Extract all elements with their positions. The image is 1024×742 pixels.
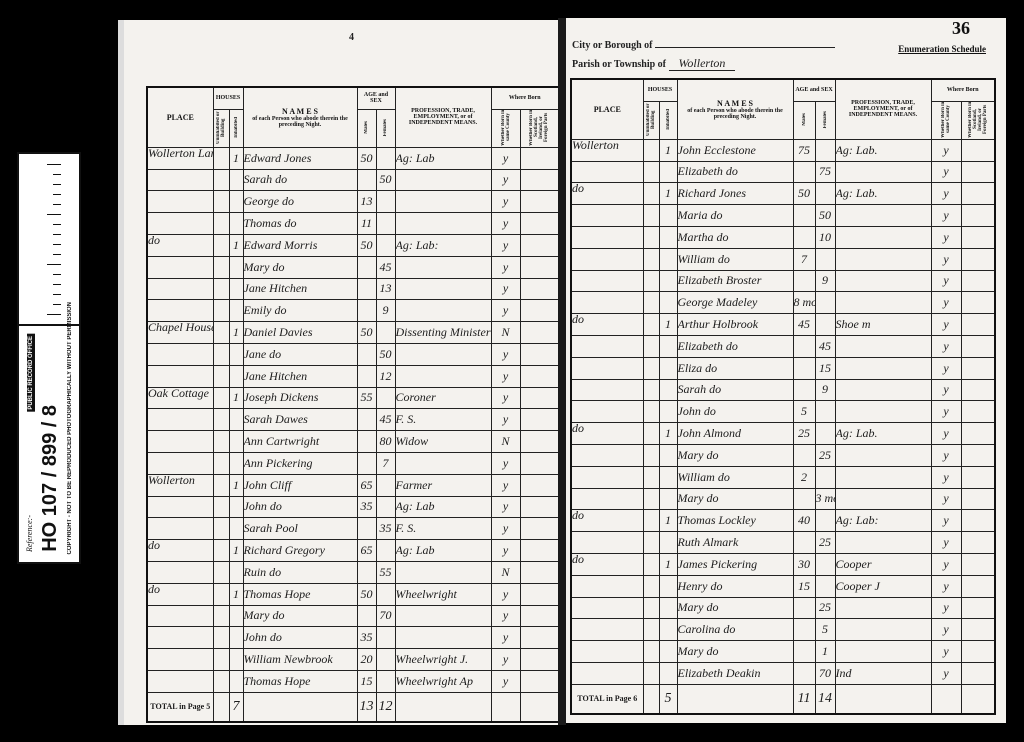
uninhabited-cell — [213, 387, 229, 409]
profession-cell — [395, 452, 491, 474]
person-name: Sarah Dawes — [243, 409, 357, 431]
female-age: 3 months — [815, 488, 835, 510]
profession-cell: Wheelwright — [395, 583, 491, 605]
uninhabited-cell — [213, 234, 229, 256]
male-age: 45 — [793, 314, 815, 336]
female-age: 75 — [815, 161, 835, 183]
born-elsewhere-cell — [961, 205, 995, 227]
header-age-sex: AGE and SEX — [357, 87, 395, 109]
uninhabited-cell — [643, 597, 659, 619]
uninhabited-cell — [213, 409, 229, 431]
inhabited-cell — [659, 205, 677, 227]
census-table-left: PLACE HOUSES N A M E Sof each Person who… — [146, 86, 560, 723]
census-row: do1James Pickering30Coopery — [571, 553, 995, 575]
place-cell — [147, 670, 213, 692]
uninhabited-cell — [643, 379, 659, 401]
census-row: Wollerton1John Ecclestone75Ag: Lab.y — [571, 139, 995, 161]
enumeration-schedule-label: Enumeration Schedule — [898, 44, 986, 54]
born-same-county-cell: y — [931, 270, 961, 292]
ruler-tick — [53, 194, 61, 195]
header-where-born: Where Born — [491, 87, 559, 109]
place-cell — [571, 641, 643, 663]
uninhabited-cell — [213, 213, 229, 235]
place-cell: do — [571, 183, 643, 205]
person-name: Mary do — [677, 641, 793, 663]
profession-cell — [395, 256, 491, 278]
parish-value: Wollerton — [669, 56, 736, 71]
inhabited-cell — [659, 662, 677, 684]
profession-cell — [835, 532, 931, 554]
place-cell — [147, 627, 213, 649]
born-same-county-cell: y — [931, 575, 961, 597]
census-row: Sarah Dawes45F. S.y — [147, 409, 559, 431]
female-age — [376, 387, 395, 409]
person-name: Ruin do — [243, 561, 357, 583]
uninhabited-cell — [643, 553, 659, 575]
header-age-sex: AGE and SEX — [793, 79, 835, 101]
archive-reference-number: HO 107 / 899 / 8 — [39, 405, 62, 552]
born-elsewhere-cell — [961, 335, 995, 357]
born-same-county-cell: y — [491, 452, 520, 474]
male-age — [357, 365, 376, 387]
profession-cell — [835, 619, 931, 641]
total-inhabited: 5 — [659, 684, 677, 714]
profession-cell — [835, 205, 931, 227]
person-name: John Cliff — [243, 474, 357, 496]
ruler-tick — [53, 254, 61, 255]
place-cell: Wollerton — [571, 139, 643, 161]
ruler-tick — [53, 184, 61, 185]
place-cell — [147, 365, 213, 387]
inhabited-cell — [229, 431, 243, 453]
person-name: Mary do — [243, 256, 357, 278]
place-cell: do — [147, 583, 213, 605]
ruler-tick — [53, 294, 61, 295]
person-name: William do — [677, 466, 793, 488]
city-borough-value — [655, 47, 835, 48]
male-age: 40 — [793, 510, 815, 532]
female-age — [376, 147, 395, 169]
female-age: 45 — [815, 335, 835, 357]
uninhabited-cell — [643, 662, 659, 684]
female-age — [376, 496, 395, 518]
uninhabited-cell — [213, 540, 229, 562]
profession-cell — [835, 488, 931, 510]
profession-cell: Ag: Lab. — [835, 139, 931, 161]
profession-cell: Ag: Lab: — [395, 234, 491, 256]
place-cell — [571, 357, 643, 379]
census-row: William do2y — [571, 466, 995, 488]
place-cell — [147, 300, 213, 322]
census-row: Jane do50y — [147, 343, 559, 365]
header-names: N A M E Sof each Person who abode therei… — [677, 79, 793, 139]
born-same-county-cell: y — [491, 670, 520, 692]
profession-cell: Ag: Lab — [395, 496, 491, 518]
person-name: Ann Pickering — [243, 452, 357, 474]
inhabited-cell — [229, 343, 243, 365]
census-row: Mary do25y — [571, 597, 995, 619]
female-age — [376, 540, 395, 562]
header-profession: PROFESSION, TRADE, EMPLOYMENT, or of IND… — [395, 87, 491, 147]
inhabited-cell — [659, 335, 677, 357]
census-row: Chapel House Wollerton1Daniel Davies50Di… — [147, 322, 559, 344]
total-males: 13 — [357, 692, 376, 722]
inhabited-cell — [659, 401, 677, 423]
male-age: 30 — [793, 553, 815, 575]
female-age — [376, 213, 395, 235]
born-same-county-cell: y — [931, 423, 961, 445]
place-cell — [571, 532, 643, 554]
profession-cell: Shoe m — [835, 314, 931, 336]
inhabited-cell — [659, 292, 677, 314]
born-elsewhere-cell — [520, 452, 559, 474]
ruler-tick — [53, 274, 61, 275]
uninhabited-cell — [643, 619, 659, 641]
female-age: 12 — [376, 365, 395, 387]
male-age — [793, 532, 815, 554]
person-name: John Almond — [677, 423, 793, 445]
male-age — [793, 335, 815, 357]
inhabited-cell — [229, 278, 243, 300]
uninhabited-cell — [213, 627, 229, 649]
place-cell — [147, 496, 213, 518]
profession-cell — [395, 343, 491, 365]
profession-cell — [835, 401, 931, 423]
place-cell: do — [571, 510, 643, 532]
person-name: Arthur Holbrook — [677, 314, 793, 336]
profession-cell: Ag: Lab. — [835, 183, 931, 205]
person-name: Edward Morris — [243, 234, 357, 256]
uninhabited-cell — [213, 365, 229, 387]
place-cell: Oak Cottage Wollerton — [147, 387, 213, 409]
born-same-county-cell: y — [931, 532, 961, 554]
person-name: Thomas Hope — [243, 583, 357, 605]
census-row: Sarah do9y — [571, 379, 995, 401]
total-row-right: TOTAL in Page 6 5 11 14 — [571, 684, 995, 714]
male-age — [793, 226, 815, 248]
born-elsewhere-cell — [520, 474, 559, 496]
born-elsewhere-cell — [961, 575, 995, 597]
born-same-county-cell: y — [491, 518, 520, 540]
total-label: TOTAL in Page 5 — [147, 692, 213, 722]
born-elsewhere-cell — [961, 270, 995, 292]
uninhabited-cell — [213, 322, 229, 344]
born-elsewhere-cell — [961, 379, 995, 401]
uninhabited-cell — [213, 343, 229, 365]
male-age — [793, 662, 815, 684]
born-elsewhere-cell — [961, 597, 995, 619]
uninhabited-cell — [643, 532, 659, 554]
born-elsewhere-cell — [520, 431, 559, 453]
place-cell — [571, 161, 643, 183]
male-age — [357, 300, 376, 322]
ruler-tick — [47, 214, 61, 215]
header-place: PLACE — [147, 87, 213, 147]
census-rows-right: Wollerton1John Ecclestone75Ag: Lab.yEliz… — [571, 139, 995, 684]
census-row: George Madeley8 monthsy — [571, 292, 995, 314]
born-elsewhere-cell — [961, 314, 995, 336]
inhabited-cell — [659, 357, 677, 379]
person-name: Elizabeth do — [677, 161, 793, 183]
uninhabited-cell — [643, 641, 659, 663]
person-name: Elizabeth do — [677, 335, 793, 357]
total-females: 14 — [815, 684, 835, 714]
ruler-tick — [47, 264, 61, 265]
inhabited-cell — [229, 518, 243, 540]
person-name: Ruth Almark — [677, 532, 793, 554]
born-same-county-cell: y — [491, 583, 520, 605]
born-elsewhere-cell — [520, 234, 559, 256]
born-elsewhere-cell — [961, 444, 995, 466]
place-cell — [571, 575, 643, 597]
total-inhabited: 7 — [229, 692, 243, 722]
uninhabited-cell — [643, 161, 659, 183]
born-same-county-cell: N — [491, 322, 520, 344]
place-cell: do — [571, 553, 643, 575]
uninhabited-cell — [213, 169, 229, 191]
place-cell — [147, 518, 213, 540]
profession-cell: Cooper — [835, 553, 931, 575]
born-same-county-cell: y — [931, 662, 961, 684]
uninhabited-cell — [213, 670, 229, 692]
male-age — [793, 161, 815, 183]
reference-label: Reference:- — [25, 515, 34, 552]
male-age: 35 — [357, 496, 376, 518]
born-same-county-cell: y — [491, 496, 520, 518]
female-age — [815, 314, 835, 336]
census-row: Sarah do50y — [147, 169, 559, 191]
born-elsewhere-cell — [520, 213, 559, 235]
male-age: 2 — [793, 466, 815, 488]
female-age — [376, 583, 395, 605]
born-same-county-cell: y — [931, 183, 961, 205]
uninhabited-cell — [643, 575, 659, 597]
inhabited-cell: 1 — [229, 540, 243, 562]
census-row: John do35y — [147, 627, 559, 649]
header-females: Females — [383, 119, 388, 137]
born-elsewhere-cell — [961, 248, 995, 270]
uninhabited-cell — [643, 510, 659, 532]
born-same-county-cell: y — [931, 466, 961, 488]
female-age — [815, 139, 835, 161]
header-males: Males — [364, 121, 369, 134]
female-age — [376, 191, 395, 213]
uninhabited-cell — [213, 605, 229, 627]
female-age: 9 — [376, 300, 395, 322]
female-age — [815, 183, 835, 205]
census-row: do1Edward Morris50Ag: Lab:y — [147, 234, 559, 256]
born-elsewhere-cell — [520, 496, 559, 518]
female-age: 25 — [815, 444, 835, 466]
header-place: PLACE — [571, 79, 643, 139]
profession-cell — [395, 169, 491, 191]
census-rows-left: Wollerton Lane1Edward Jones50Ag: LabySar… — [147, 147, 559, 692]
female-age: 25 — [815, 532, 835, 554]
male-age: 11 — [357, 213, 376, 235]
place-cell — [571, 597, 643, 619]
header-uninhabited: Uninhabited or Building — [646, 101, 656, 138]
census-row: Ruin do55N — [147, 561, 559, 583]
place-cell — [147, 278, 213, 300]
born-same-county-cell: y — [491, 605, 520, 627]
person-name: Ann Cartwright — [243, 431, 357, 453]
ruler-tick — [53, 204, 61, 205]
profession-cell: F. S. — [395, 409, 491, 431]
born-same-county-cell: y — [931, 357, 961, 379]
born-same-county-cell: y — [491, 343, 520, 365]
inhabited-cell — [229, 409, 243, 431]
person-name: James Pickering — [677, 553, 793, 575]
profession-cell — [395, 561, 491, 583]
born-same-county-cell: N — [491, 431, 520, 453]
uninhabited-cell — [213, 300, 229, 322]
born-same-county-cell: y — [491, 278, 520, 300]
profession-cell: Cooper J — [835, 575, 931, 597]
born-elsewhere-cell — [961, 226, 995, 248]
census-row: Mary do25y — [571, 444, 995, 466]
person-name: Sarah do — [677, 379, 793, 401]
uninhabited-cell — [643, 423, 659, 445]
person-name: Mary do — [243, 605, 357, 627]
born-same-county-cell: y — [931, 335, 961, 357]
uninhabited-cell — [213, 278, 229, 300]
male-age — [793, 488, 815, 510]
ruler-tick — [53, 244, 61, 245]
female-age: 50 — [376, 343, 395, 365]
male-age — [793, 270, 815, 292]
male-age — [357, 561, 376, 583]
profession-cell: Dissenting Minister — [395, 322, 491, 344]
inhabited-cell — [659, 488, 677, 510]
header-profession: PROFESSION, TRADE, EMPLOYMENT, or of IND… — [835, 79, 931, 139]
uninhabited-cell — [643, 205, 659, 227]
born-elsewhere-cell — [520, 387, 559, 409]
born-same-county-cell: y — [491, 300, 520, 322]
uninhabited-cell — [643, 401, 659, 423]
profession-cell: Ag: Lab. — [835, 423, 931, 445]
born-same-county-cell: y — [931, 444, 961, 466]
female-age — [815, 510, 835, 532]
born-same-county-cell: y — [491, 234, 520, 256]
place-cell — [571, 335, 643, 357]
header-inhabited: Inhabited — [666, 109, 671, 130]
female-age — [376, 234, 395, 256]
census-row: Carolina do5y — [571, 619, 995, 641]
born-elsewhere-cell — [520, 147, 559, 169]
person-name: Elizabeth Deakin — [677, 662, 793, 684]
uninhabited-cell — [643, 314, 659, 336]
born-elsewhere-cell — [961, 401, 995, 423]
census-row: Elizabeth do75y — [571, 161, 995, 183]
male-age: 50 — [357, 234, 376, 256]
male-age: 55 — [357, 387, 376, 409]
male-age — [793, 619, 815, 641]
inhabited-cell: 1 — [659, 510, 677, 532]
place-cell — [147, 452, 213, 474]
page-marker: 4 — [349, 32, 354, 43]
inhabited-cell — [659, 641, 677, 663]
census-row: Jane Hitchen13y — [147, 278, 559, 300]
person-name: Jane do — [243, 343, 357, 365]
born-same-county-cell: y — [491, 409, 520, 431]
person-name: William Newbrook — [243, 649, 357, 671]
uninhabited-cell — [643, 488, 659, 510]
header-born-same-county: Whether Born in same County — [501, 109, 511, 146]
census-row: Henry do15Cooper Jy — [571, 575, 995, 597]
uninhabited-cell — [643, 248, 659, 270]
male-age — [357, 605, 376, 627]
female-age: 1 — [815, 641, 835, 663]
female-age: 35 — [376, 518, 395, 540]
person-name: Carolina do — [677, 619, 793, 641]
census-row: do1Richard Jones50Ag: Lab.y — [571, 183, 995, 205]
inhabited-cell — [659, 466, 677, 488]
person-name: Thomas Lockley — [677, 510, 793, 532]
male-age: 75 — [793, 139, 815, 161]
inhabited-cell — [229, 365, 243, 387]
female-age: 10 — [815, 226, 835, 248]
born-same-county-cell: y — [931, 488, 961, 510]
female-age: 55 — [376, 561, 395, 583]
ruler-tick — [53, 284, 61, 285]
born-same-county-cell: y — [931, 161, 961, 183]
place-cell — [571, 292, 643, 314]
inhabited-cell — [229, 496, 243, 518]
born-elsewhere-cell — [520, 343, 559, 365]
measurement-scale — [19, 154, 79, 326]
female-age — [815, 248, 835, 270]
inhabited-cell: 1 — [229, 387, 243, 409]
census-row: Jane Hitchen12y — [147, 365, 559, 387]
census-row: Eliza do15y — [571, 357, 995, 379]
profession-cell — [395, 191, 491, 213]
born-same-county-cell: y — [931, 401, 961, 423]
place-cell — [571, 488, 643, 510]
place-cell — [147, 561, 213, 583]
place-cell: do — [147, 540, 213, 562]
profession-cell — [835, 226, 931, 248]
person-name: Maria do — [677, 205, 793, 227]
born-same-county-cell: y — [491, 365, 520, 387]
male-age: 35 — [357, 627, 376, 649]
person-name: Mary do — [677, 597, 793, 619]
person-name: Daniel Davies — [243, 322, 357, 344]
born-elsewhere-cell — [961, 423, 995, 445]
inhabited-cell — [229, 169, 243, 191]
inhabited-cell — [659, 597, 677, 619]
born-same-county-cell: y — [491, 213, 520, 235]
female-age: 7 — [376, 452, 395, 474]
female-age — [815, 401, 835, 423]
male-age — [793, 357, 815, 379]
born-same-county-cell: y — [491, 147, 520, 169]
census-row: Thomas Hope15Wheelwright Apy — [147, 670, 559, 692]
uninhabited-cell — [643, 335, 659, 357]
female-age — [376, 649, 395, 671]
profession-cell — [835, 248, 931, 270]
male-age: 15 — [793, 575, 815, 597]
profession-cell — [835, 161, 931, 183]
female-age: 15 — [815, 357, 835, 379]
inhabited-cell — [659, 161, 677, 183]
census-row: Mary do70y — [147, 605, 559, 627]
person-name: Joseph Dickens — [243, 387, 357, 409]
person-name: Martha do — [677, 226, 793, 248]
person-name: Mary do — [677, 444, 793, 466]
profession-cell — [835, 357, 931, 379]
place-cell — [571, 662, 643, 684]
header-houses: HOUSES — [213, 87, 243, 109]
